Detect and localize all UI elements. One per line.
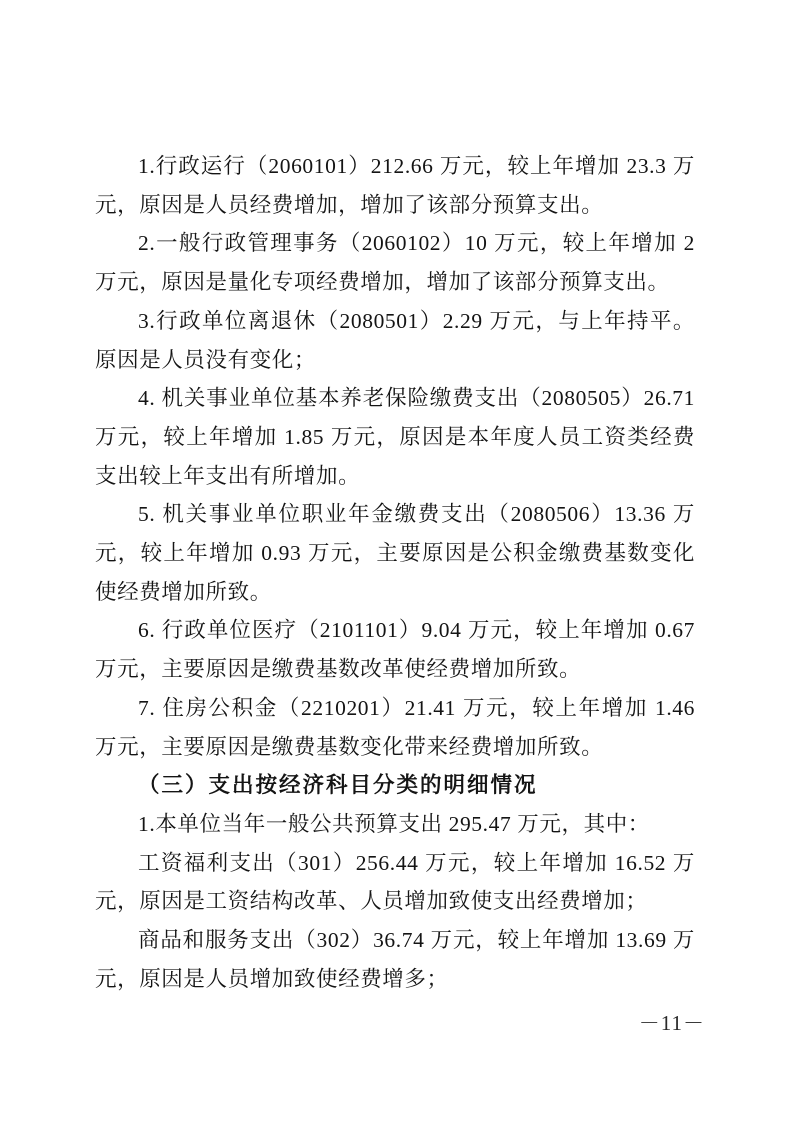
paragraph: 7. 住房公积金（2210201）21.41 万元，较上年增加 1.46 万元，… bbox=[95, 689, 695, 766]
paragraph: 1.行政运行（2060101）212.66 万元，较上年增加 23.3 万元，原… bbox=[95, 147, 695, 224]
paragraph: 3.行政单位离退休（2080501）2.29 万元，与上年持平。原因是人员没有变… bbox=[95, 302, 695, 379]
paragraph: 商品和服务支出（302）36.74 万元，较上年增加 13.69 万元，原因是人… bbox=[95, 921, 695, 998]
section-heading: （三）支出按经济科目分类的明细情况 bbox=[95, 766, 695, 805]
document-body: 1.行政运行（2060101）212.66 万元，较上年增加 23.3 万元，原… bbox=[95, 147, 695, 998]
page-number: －11－ bbox=[639, 1008, 705, 1038]
paragraph: 2.一般行政管理事务（2060102）10 万元，较上年增加 2 万元，原因是量… bbox=[95, 224, 695, 301]
paragraph: 6. 行政单位医疗（2101101）9.04 万元，较上年增加 0.67 万元，… bbox=[95, 611, 695, 688]
document-page: 1.行政运行（2060101）212.66 万元，较上年增加 23.3 万元，原… bbox=[0, 0, 793, 1122]
paragraph: 4. 机关事业单位基本养老保险缴费支出（2080505）26.71 万元，较上年… bbox=[95, 379, 695, 495]
paragraph: 5. 机关事业单位职业年金缴费支出（2080506）13.36 万元，较上年增加… bbox=[95, 495, 695, 611]
paragraph: 工资福利支出（301）256.44 万元，较上年增加 16.52 万元，原因是工… bbox=[95, 844, 695, 921]
paragraph: 1.本单位当年一般公共预算支出 295.47 万元，其中： bbox=[95, 805, 695, 844]
